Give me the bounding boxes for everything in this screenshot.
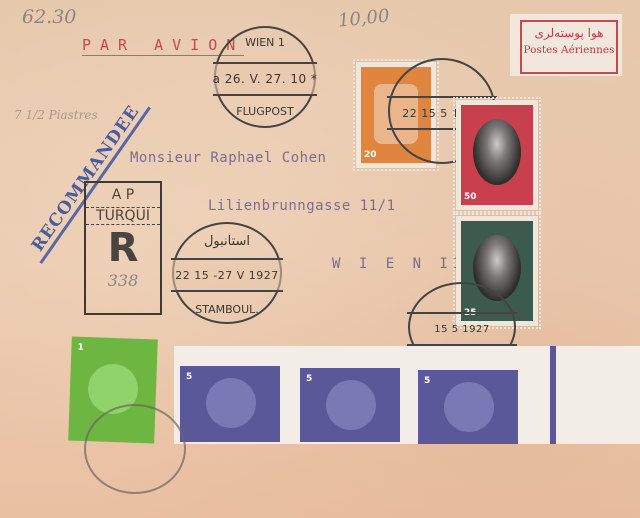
address-name: Monsieur Raphael Cohen	[130, 150, 326, 166]
stamp-5-violet-1: 5	[180, 366, 280, 442]
stamp-5-violet-3: 5	[418, 370, 518, 444]
postmark-wien-date: a 26. V. 27. 10 *	[213, 62, 317, 96]
stamp-5-value-2: 5	[306, 374, 312, 384]
pencil-note-price: 62.30	[22, 6, 76, 28]
stamp-50-value: 50	[464, 192, 477, 202]
registration-r: R	[86, 225, 160, 271]
pencil-note-value: 10,00	[337, 5, 390, 31]
stamp-50: 50	[456, 100, 538, 210]
address-street: Lilienbrunngasse 11/1	[208, 198, 396, 214]
airmail-label-arabic: هوا پوسته‌لری	[522, 26, 616, 40]
stamp-5-value-3: 5	[424, 376, 430, 386]
registration-number: 338	[86, 271, 160, 290]
stamp-1-value: 1	[77, 343, 84, 353]
postmark-wien-bottom: FLUGPOST	[216, 105, 314, 118]
postmark-bottom-left	[84, 404, 186, 494]
postmark-pa-date: 15 5 1927	[407, 312, 517, 346]
airmail-label-french: Postes Aériennes	[522, 44, 616, 56]
postmark-stamboul: استانبول 22 15 -27 V 1927 STAMBOUL.	[172, 222, 282, 324]
postmark-wien: WIEN 1 a 26. V. 27. 10 * FLUGPOST	[214, 26, 316, 128]
pencil-note-piastres: 7 1/2 Piastres	[14, 108, 98, 122]
registration-box: A P TURQUI R 338	[84, 181, 162, 315]
airmail-label: هوا پوسته‌لری Postes Aériennes	[510, 14, 622, 76]
stamp-5-value-1: 5	[186, 372, 192, 382]
stamp-20-value: 20	[364, 150, 377, 160]
envelope: 62.30 10,00 7 1/2 Piastres PAR AVION هوا…	[0, 0, 640, 518]
postmark-stamboul-top: استانبول	[174, 234, 280, 249]
postmark-wien-top: WIEN 1	[216, 36, 314, 49]
registration-line-1: A P	[86, 187, 160, 203]
stamp-5-violet-2: 5	[300, 368, 400, 442]
postmark-stamboul-date: 22 15 -27 V 1927	[171, 258, 283, 292]
address-city: W I E N II	[332, 256, 466, 272]
registration-line-2: TURQUI	[86, 207, 160, 225]
postmark-stamboul-bottom: STAMBOUL.	[174, 303, 280, 316]
